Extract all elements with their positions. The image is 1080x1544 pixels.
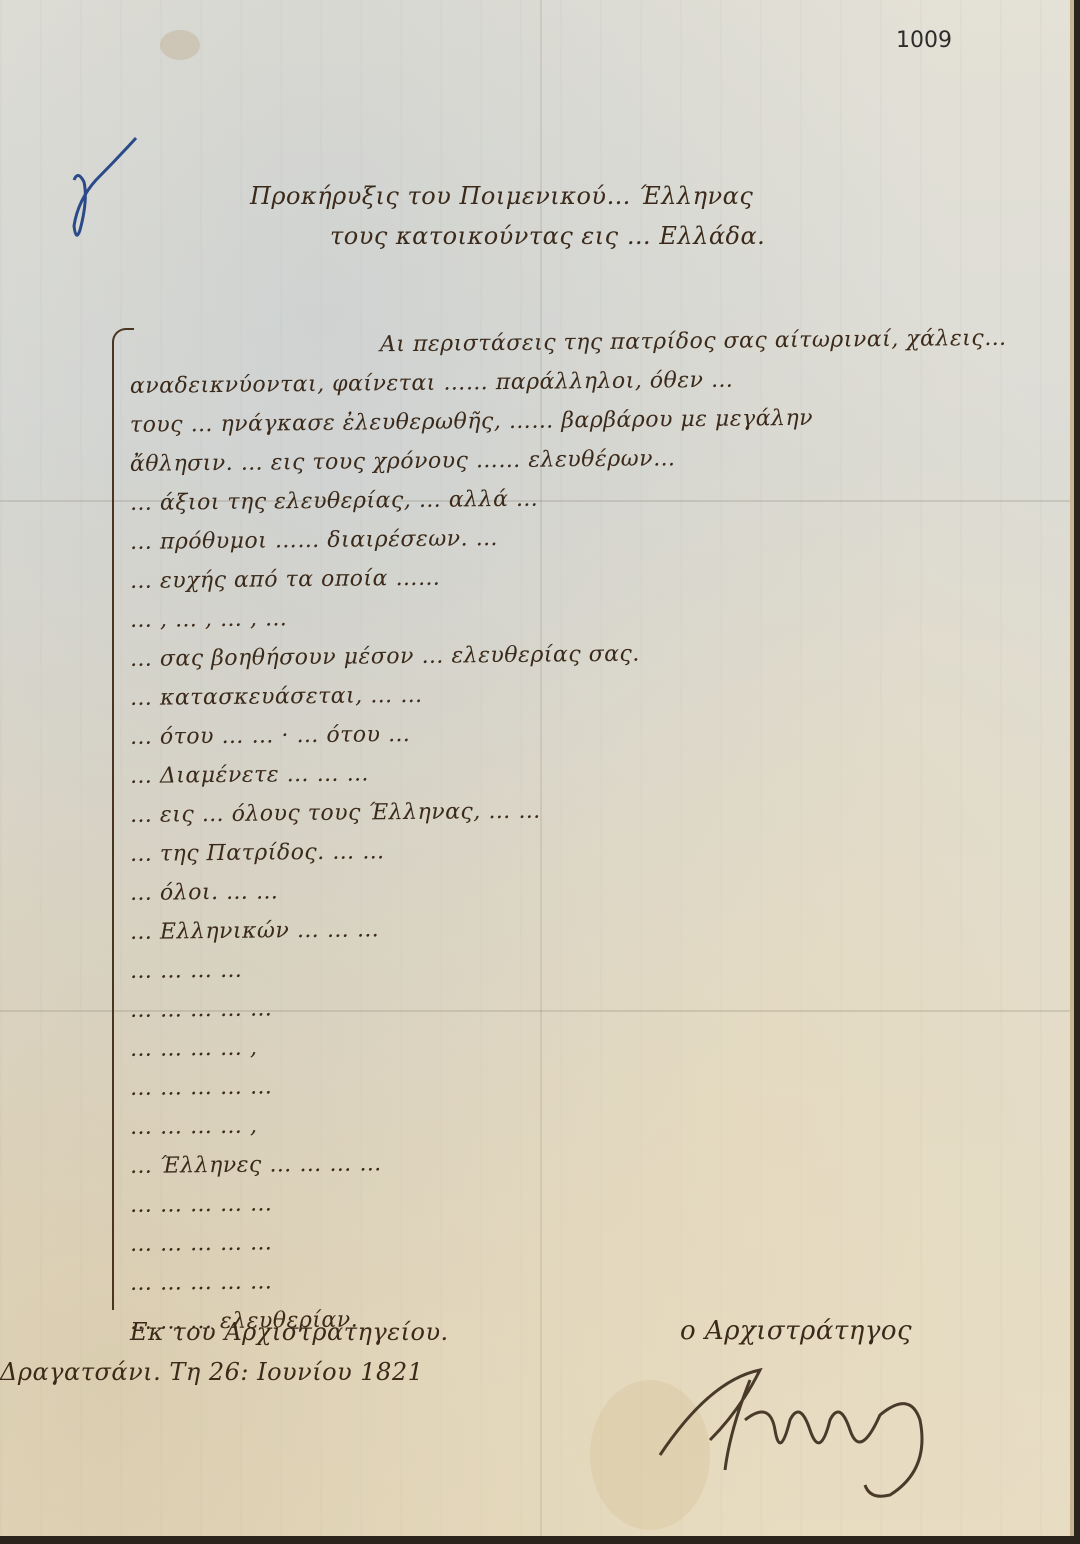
signature-text: Υψηλάντης <box>750 1390 756 1391</box>
stain <box>160 30 200 60</box>
archive-number: 1009 <box>896 28 952 53</box>
place-line: Εκ του Αρχιστρατηγείου. <box>130 1318 449 1346</box>
heading-line-2: τους κατοικούντας εις … Ελλάδα. <box>330 222 765 250</box>
date-line: Δραγατσάνι. Τη 26: Ιουνίου 1821 <box>0 1358 423 1386</box>
letter-body: Αι περιστάσεις της πατρίδος σας αίτωρινα… <box>130 330 1070 1344</box>
signature-flourish-icon <box>650 1360 1050 1500</box>
manuscript-page: 1009 Προκήρυξις του Ποιμενικού… Έλληνας … <box>0 0 1074 1536</box>
signoff: ο Αρχιστράτηγος <box>680 1316 912 1346</box>
margin-mark-gamma-icon <box>66 130 146 240</box>
heading-line-1: Προκήρυξις του Ποιμενικού… Έλληνας <box>250 182 753 210</box>
